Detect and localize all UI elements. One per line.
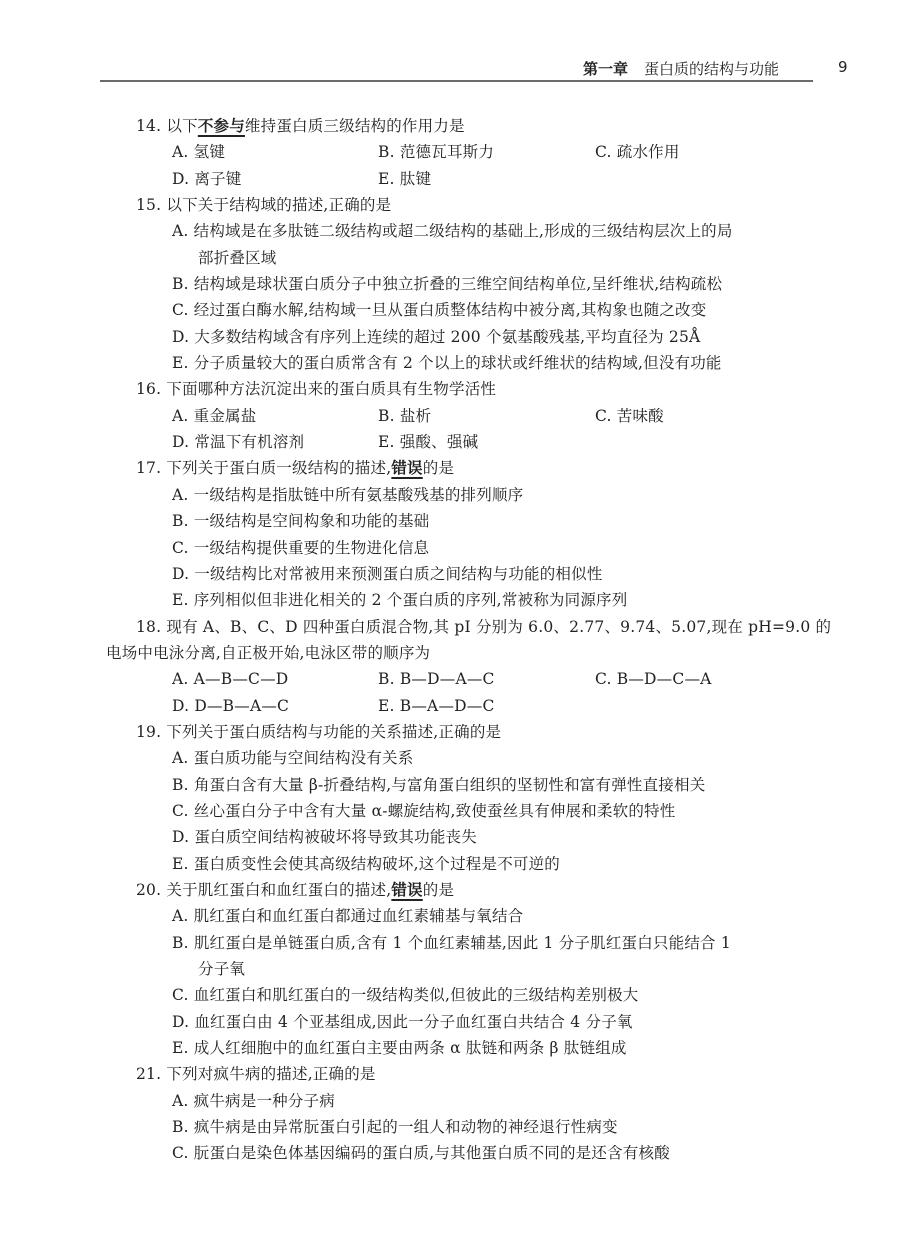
question-15-stem: 15. 以下关于结构域的描述,正确的是 <box>0 192 900 218</box>
question-number: 20. <box>136 881 161 899</box>
chapter-heading: 第一章蛋白质的结构与功能 <box>583 58 779 79</box>
option-a: A. 疯牛病是一种分子病 <box>0 1088 900 1114</box>
option-d: D. 大多数结构域含有序列上连续的超过 200 个氨基酸残基,平均直径为 25Å <box>0 324 900 350</box>
stem-text: 维持蛋白质三级结构的作用力是 <box>245 117 465 135</box>
option-c: C. B—D—C—A <box>595 666 712 692</box>
header-rule <box>100 80 813 82</box>
option-b: B. 疯牛病是由异常朊蛋白引起的一组人和动物的神经退行性病变 <box>0 1114 900 1140</box>
question-list: 14. 以下不参与维持蛋白质三级结构的作用力是 A. 氢键 B. 范德瓦耳斯力 … <box>0 113 900 1167</box>
question-number: 21. <box>136 1065 161 1083</box>
option-c: C. 疏水作用 <box>595 139 680 165</box>
option-b-continued: 分子氧 <box>0 956 900 982</box>
option-b: B. 角蛋白含有大量 β-折叠结构,与富角蛋白组织的坚韧性和富有弹性直接相关 <box>0 772 900 798</box>
emphasis-text: 不参与 <box>198 117 245 135</box>
option-a-continued: 部折叠区域 <box>0 245 900 271</box>
option-e: E. 蛋白质变性会使其高级结构破坏,这个过程是不可逆的 <box>0 851 900 877</box>
stem-text: 关于肌红蛋白和血红蛋白的描述, <box>166 881 391 899</box>
option-e: E. B—A—D—C <box>378 693 495 719</box>
option-d: D. 血红蛋白由 4 个亚基组成,因此一分子血红蛋白共结合 4 分子氧 <box>0 1009 900 1035</box>
options-row: A. A—B—C—D B. B—D—A—C C. B—D—C—A <box>0 666 900 692</box>
option-c: C. 苦味酸 <box>595 403 664 429</box>
stem-text: 以下 <box>166 117 197 135</box>
question-20-stem: 20. 关于肌红蛋白和血红蛋白的描述,错误的是 <box>0 877 900 903</box>
stem-text: 下列对疯牛病的描述,正确的是 <box>166 1065 375 1083</box>
option-d: D. 常温下有机溶剂 <box>172 429 304 455</box>
option-a: A. 重金属盐 <box>172 403 256 429</box>
option-a: A. 一级结构是指肽链中所有氨基酸残基的排列顺序 <box>0 482 900 508</box>
options-row: A. 重金属盐 B. 盐析 C. 苦味酸 <box>0 403 900 429</box>
option-c: C. 一级结构提供重要的生物进化信息 <box>0 535 900 561</box>
question-number: 14. <box>136 117 161 135</box>
question-17-stem: 17. 下列关于蛋白质一级结构的描述,错误的是 <box>0 455 900 481</box>
emphasis-text: 错误 <box>391 459 422 477</box>
question-21-stem: 21. 下列对疯牛病的描述,正确的是 <box>0 1061 900 1087</box>
option-b: B. 肌红蛋白是单链蛋白质,含有 1 个血红素辅基,因此 1 分子肌红蛋白只能结… <box>0 930 900 956</box>
question-14-stem: 14. 以下不参与维持蛋白质三级结构的作用力是 <box>0 113 900 139</box>
stem-text: 下列关于蛋白质一级结构的描述, <box>166 459 391 477</box>
options-row: D. D—B—A—C E. B—A—D—C <box>0 693 900 719</box>
question-number: 19. <box>136 723 161 741</box>
option-d: D. 离子键 <box>172 166 241 192</box>
option-d: D. 蛋白质空间结构被破坏将导致其功能丧失 <box>0 824 900 850</box>
question-19-stem: 19. 下列关于蛋白质结构与功能的关系描述,正确的是 <box>0 719 900 745</box>
options-row: A. 氢键 B. 范德瓦耳斯力 C. 疏水作用 <box>0 139 900 165</box>
option-b: B. 范德瓦耳斯力 <box>378 139 494 165</box>
question-18-stem-continued: 电场中电泳分离,自正极开始,电泳区带的顺序为 <box>0 640 900 666</box>
stem-text: 现有 A、B、C、D 四种蛋白质混合物,其 pI 分别为 6.0、2.77、9.… <box>166 618 831 636</box>
option-b: B. 一级结构是空间构象和功能的基础 <box>0 508 900 534</box>
stem-text: 以下关于结构域的描述,正确的是 <box>166 196 391 214</box>
option-a: A. 结构域是在多肽链二级结构或超二级结构的基础上,形成的三级结构层次上的局 <box>0 218 900 244</box>
option-b: B. 盐析 <box>378 403 431 429</box>
option-c: C. 丝心蛋白分子中含有大量 α-螺旋结构,致使蚕丝具有伸展和柔软的特性 <box>0 798 900 824</box>
option-e: E. 分子质量较大的蛋白质常含有 2 个以上的球状或纤维状的结构域,但没有功能 <box>0 350 900 376</box>
question-number: 16. <box>136 380 161 398</box>
running-header: 第一章蛋白质的结构与功能 9 <box>0 52 900 92</box>
stem-text: 的是 <box>423 881 454 899</box>
option-e: E. 强酸、强碱 <box>378 429 478 455</box>
question-18-stem: 18. 现有 A、B、C、D 四种蛋白质混合物,其 pI 分别为 6.0、2.7… <box>0 614 900 640</box>
stem-text: 的是 <box>423 459 454 477</box>
page-number: 9 <box>838 58 848 76</box>
option-d: D. 一级结构比对常被用来预测蛋白质之间结构与功能的相似性 <box>0 561 900 587</box>
option-c: C. 血红蛋白和肌红蛋白的一级结构类似,但彼此的三级结构差别极大 <box>0 982 900 1008</box>
question-number: 15. <box>136 196 161 214</box>
option-c: C. 朊蛋白是染色体基因编码的蛋白质,与其他蛋白质不同的是还含有核酸 <box>0 1140 900 1166</box>
option-c: C. 经过蛋白酶水解,结构域一旦从蛋白质整体结构中被分离,其构象也随之改变 <box>0 297 900 323</box>
option-a: A. 肌红蛋白和血红蛋白都通过血红素辅基与氧结合 <box>0 903 900 929</box>
option-d: D. D—B—A—C <box>172 693 289 719</box>
options-row: D. 离子键 E. 肽键 <box>0 166 900 192</box>
option-a: A. A—B—C—D <box>172 666 288 692</box>
stem-text: 下面哪种方法沉淀出来的蛋白质具有生物学活性 <box>166 380 496 398</box>
chapter-title: 蛋白质的结构与功能 <box>644 60 779 78</box>
question-number: 18. <box>136 618 161 636</box>
question-number: 17. <box>136 459 161 477</box>
option-b: B. B—D—A—C <box>378 666 495 692</box>
question-16-stem: 16. 下面哪种方法沉淀出来的蛋白质具有生物学活性 <box>0 376 900 402</box>
option-e: E. 肽键 <box>378 166 431 192</box>
option-b: B. 结构域是球状蛋白质分子中独立折叠的三维空间结构单位,呈纤维状,结构疏松 <box>0 271 900 297</box>
option-e: E. 成人红细胞中的血红蛋白主要由两条 α 肽链和两条 β 肽链组成 <box>0 1035 900 1061</box>
stem-text: 下列关于蛋白质结构与功能的关系描述,正确的是 <box>166 723 501 741</box>
option-e: E. 序列相似但非进化相关的 2 个蛋白质的序列,常被称为同源序列 <box>0 587 900 613</box>
chapter-label: 第一章 <box>583 60 628 78</box>
option-a: A. 蛋白质功能与空间结构没有关系 <box>0 745 900 771</box>
emphasis-text: 错误 <box>391 881 422 899</box>
options-row: D. 常温下有机溶剂 E. 强酸、强碱 <box>0 429 900 455</box>
option-a: A. 氢键 <box>172 139 225 165</box>
